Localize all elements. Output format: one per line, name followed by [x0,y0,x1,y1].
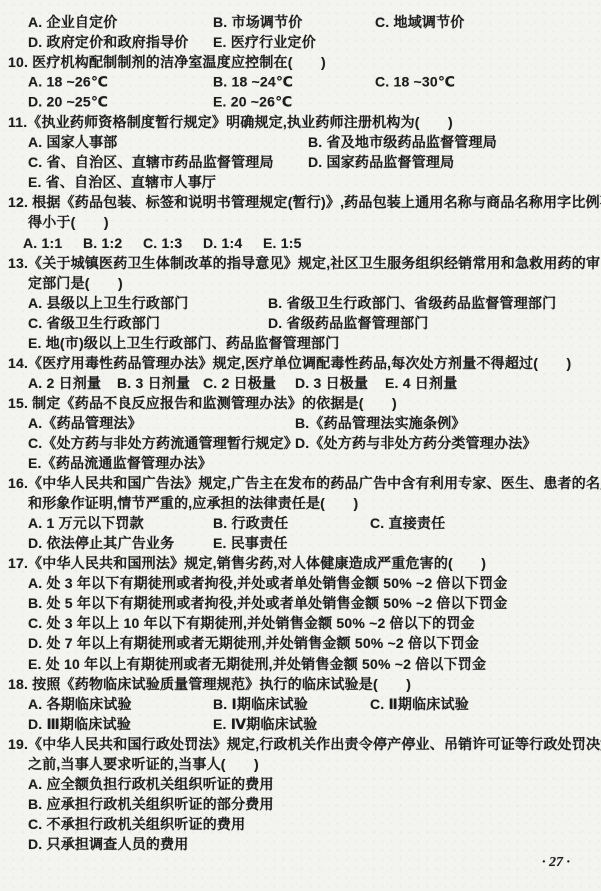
exam-line: 18. 按照《药物临床试验质量管理规范》执行的临床试验是( ) [0,674,601,694]
exam-line: C. 省、自治区、直辖市药品监督管理局D. 国家药品监督管理局 [0,152,601,172]
question-13-text: 13.《关于城镇医药卫生体制改革的指导意见》规定,社区卫生服务组织经销常用和急救… [8,253,600,273]
exam-line: E. 省、自治区、直辖市人事厅 [0,172,601,192]
option-d: D. 依法停止其广告业务 [28,533,174,553]
option-e: E. 1:5 [263,235,302,251]
exam-line: 10. 医疗机构配制制剂的洁净室温度应控制在( ) [0,52,601,72]
option-d: D.《处方药与非处方药分类管理办法》 [295,433,537,453]
option-b: B. 省级卫生行政部门、省级药品监督管理部门 [268,293,556,313]
exam-line: D. 政府定价和政府指导价E. 医疗行业定价 [0,32,601,52]
option-c: C. 18 ~30℃ [375,74,455,91]
question-17-text: 17.《中华人民共和国刑法》规定,销售劣药,对人体健康造成严重危害的( ) [8,553,486,573]
option-b: B. 18 ~24℃ [213,74,293,91]
option-d: D. Ⅲ期临床试验 [28,714,131,734]
exam-line: 14.《医疗用毒性药品管理办法》规定,医疗单位调配毒性药品,每次处方剂量不得超过… [0,353,601,373]
exam-line: A. 18 ~26℃B. 18 ~24℃C. 18 ~30℃ [0,72,601,92]
option-a: A. 国家人事部 [28,132,118,152]
option-c: C. Ⅱ期临床试验 [370,694,469,714]
option-e: E. 民事责任 [213,533,288,553]
option-e: E. 4 日剂量 [385,373,457,393]
question-16-text: 16.《中华人民共和国广告法》规定,广告主在发布的药品广告中含有利用专家、医生、… [8,473,601,493]
option-b: B. 市场调节价 [213,12,303,32]
exam-line: E. 处 10 年以上有期徒刑或者无期徒刑,并处销售金额 50% ~2 倍以下罚… [0,654,601,674]
exam-line: D. Ⅲ期临床试验E. Ⅳ期临床试验 [0,714,601,734]
exam-line: 定部门是( ) [0,273,601,293]
option-a: A. 各期临床试验 [28,694,132,714]
exam-line: A. 企业自定价B. 市场调节价C. 地域调节价 [0,12,601,32]
option-d: D. 省级药品监督管理部门 [268,313,429,333]
question-15-text: 15. 制定《药品不良反应报告和监测管理办法》的依据是( ) [8,393,397,413]
exam-line: 16.《中华人民共和国广告法》规定,广告主在发布的药品广告中含有利用专家、医生、… [0,473,601,493]
exam-line: 12. 根据《药品包装、标签和说明书管理规定(暂行)》,药品包装上通用名称与商品… [0,192,601,212]
option-d: D. 3 日极量 [295,373,368,393]
option-a: A.《药品管理法》 [28,413,142,433]
exam-line: D. 只承担调查人员的费用 [0,834,601,854]
exam-line: A. 2 日剂量B. 3 日剂量C. 2 日极量D. 3 日极量E. 4 日剂量 [0,373,601,393]
question-18-text: 18. 按照《药物临床试验质量管理规范》执行的临床试验是( ) [8,674,411,694]
exam-line: E.《药品流通监督管理办法》 [0,453,601,473]
exam-line: A. 1:1B. 1:2C. 1:3D. 1:4E. 1:5 [0,233,601,253]
exam-line: A. 国家人事部B. 省及地市级药品监督管理局 [0,132,601,152]
exam-line: C.《处方药与非处方药流通管理暂行规定》D.《处方药与非处方药分类管理办法》 [0,433,601,453]
option-a: A. 县级以上卫生行政部门 [28,293,189,313]
question-14-text: 14.《医疗用毒性药品管理办法》规定,医疗单位调配毒性药品,每次处方剂量不得超过… [8,353,571,373]
exam-line: B. 处 5 年以下有期徒刑或者拘役,并处或者单处销售金额 50% ~2 倍以下… [0,593,601,613]
question-11-text: 11.《执业药师资格制度暂行规定》明确规定,执业药师注册机构为( ) [8,112,453,132]
option-d: D. 20 ~25℃ [28,94,108,111]
option-d: D. 1:4 [203,235,242,251]
option-e: E. Ⅳ期临床试验 [213,714,317,734]
exam-line: D. 依法停止其广告业务E. 民事责任 [0,533,601,553]
option-b: B. 省及地市级药品监督管理局 [308,132,497,152]
option-a: A. 2 日剂量 [28,373,101,393]
exam-line: A. 处 3 年以下有期徒刑或者拘役,并处或者单处销售金额 50% ~2 倍以下… [0,573,601,593]
option-e: E. 20 ~26℃ [213,94,292,111]
option-a: A. 应全额负担行政机关组织听证的费用 [28,774,274,794]
option-d: D. 政府定价和政府指导价 [28,32,189,52]
exam-line: 11.《执业药师资格制度暂行规定》明确规定,执业药师注册机构为( ) [0,112,601,132]
option-c: C. 处 3 年以上 10 年以下有期徒刑,并处销售金额 50% ~2 倍以下的… [28,613,475,633]
exam-line: 17.《中华人民共和国刑法》规定,销售劣药,对人体健康造成严重危害的( ) [0,553,601,573]
option-b: B. 1:2 [83,235,122,251]
option-c: C. 不承担行政机关组织听证的费用 [28,814,245,834]
option-d: D. 处 7 年以上有期徒刑或者无期徒刑,并处销售金额 50% ~2 倍以下罚金 [28,633,479,653]
exam-line: D. 20 ~25℃E. 20 ~26℃ [0,92,601,112]
option-a: A. 1 万元以下罚款 [28,513,144,533]
option-e: E. 省、自治区、直辖市人事厅 [28,172,216,192]
option-a: A. 企业自定价 [28,12,118,32]
exam-line: A. 各期临床试验B. Ⅰ期临床试验C. Ⅱ期临床试验 [0,694,601,714]
exam-line: C. 处 3 年以上 10 年以下有期徒刑,并处销售金额 50% ~2 倍以下的… [0,613,601,633]
option-a: A. 18 ~26℃ [28,74,108,91]
option-e: E. 地(市)级以上卫生行政部门、药品监督管理部门 [28,333,339,353]
exam-line: A. 县级以上卫生行政部门B. 省级卫生行政部门、省级药品监督管理部门 [0,293,601,313]
question-19-continued: 之前,当事人要求听证的,当事人( ) [28,754,259,774]
option-e: E. 处 10 年以上有期徒刑或者无期徒刑,并处销售金额 50% ~2 倍以下罚… [28,654,486,674]
exam-line: C. 省级卫生行政部门D. 省级药品监督管理部门 [0,313,601,333]
option-b: B. 应承担行政机关组织听证的部分费用 [28,794,274,814]
exam-line: A. 1 万元以下罚款B. 行政责任C. 直接责任 [0,513,601,533]
exam-line: 和形象作证明,情节严重的,应承担的法律责任是( ) [0,493,601,513]
option-b: B. 3 日剂量 [117,373,190,393]
option-c: C. 直接责任 [370,513,445,533]
option-c: C. 地域调节价 [375,12,465,32]
question-12-continued: 得小于( ) [28,212,109,232]
exam-line: D. 处 7 年以上有期徒刑或者无期徒刑,并处销售金额 50% ~2 倍以下罚金 [0,633,601,653]
exam-line: 19.《中华人民共和国行政处罚法》规定,行政机关作出责令停产停业、吊销许可证等行… [0,734,601,754]
exam-line: E. 地(市)级以上卫生行政部门、药品监督管理部门 [0,333,601,353]
exam-line: 得小于( ) [0,212,601,232]
option-b: B. 处 5 年以下有期徒刑或者拘役,并处或者单处销售金额 50% ~2 倍以下… [28,593,507,613]
page-number: · 27 · [542,855,570,871]
exam-page: A. 企业自定价B. 市场调节价C. 地域调节价D. 政府定价和政府指导价E. … [0,0,601,891]
option-d: D. 国家药品监督管理局 [308,152,454,172]
exam-line: C. 不承担行政机关组织听证的费用 [0,814,601,834]
option-c: C. 省级卫生行政部门 [28,313,160,333]
option-c: C. 2 日极量 [203,373,276,393]
option-a: A. 处 3 年以下有期徒刑或者拘役,并处或者单处销售金额 50% ~2 倍以下… [28,573,507,593]
option-c: C.《处方药与非处方药流通管理暂行规定》 [28,433,298,453]
exam-line: 13.《关于城镇医药卫生体制改革的指导意见》规定,社区卫生服务组织经销常用和急救… [0,253,601,273]
exam-line: A. 应全额负担行政机关组织听证的费用 [0,774,601,794]
question-16-continued: 和形象作证明,情节严重的,应承担的法律责任是( ) [28,493,358,513]
option-e: E. 医疗行业定价 [213,32,316,52]
option-c: C. 省、自治区、直辖市药品监督管理局 [28,152,274,172]
question-13-continued: 定部门是( ) [28,273,123,293]
question-12-text: 12. 根据《药品包装、标签和说明书管理规定(暂行)》,药品包装上通用名称与商品… [8,192,601,212]
option-e: E.《药品流通监督管理办法》 [28,453,212,473]
option-b: B. Ⅰ期临床试验 [213,694,308,714]
exam-line: 15. 制定《药品不良反应报告和监测管理办法》的依据是( ) [0,393,601,413]
option-d: D. 只承担调查人员的费用 [28,834,189,854]
exam-line: B. 应承担行政机关组织听证的部分费用 [0,794,601,814]
question-10-text: 10. 医疗机构配制制剂的洁净室温度应控制在( ) [8,52,326,72]
question-19-text: 19.《中华人民共和国行政处罚法》规定,行政机关作出责令停产停业、吊销许可证等行… [8,734,601,754]
exam-line: 之前,当事人要求听证的,当事人( ) [0,754,601,774]
exam-line: A.《药品管理法》B.《药品管理法实施条例》 [0,413,601,433]
option-b: B.《药品管理法实施条例》 [295,413,466,433]
option-b: B. 行政责任 [213,513,288,533]
option-a: A. 1:1 [23,235,62,251]
option-c: C. 1:3 [143,235,182,251]
